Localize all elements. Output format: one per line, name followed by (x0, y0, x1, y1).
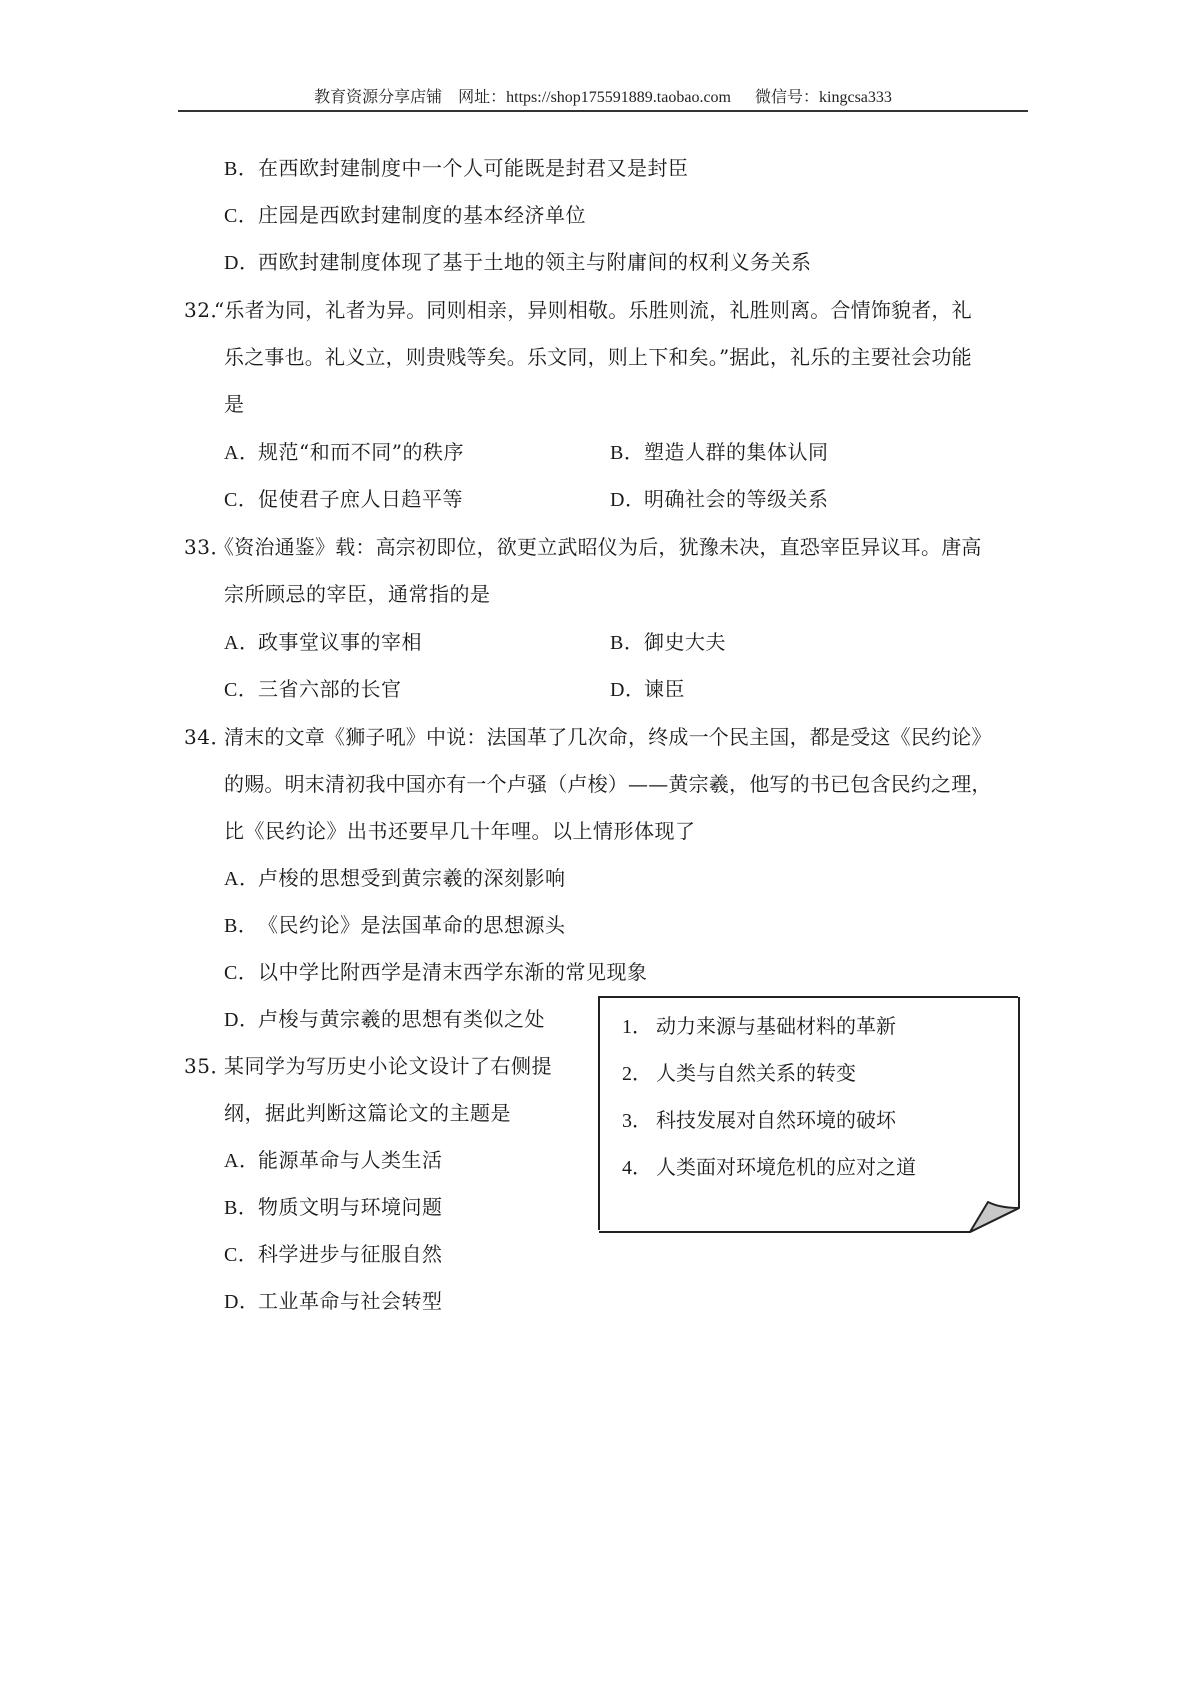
option-label: C． (224, 1243, 258, 1267)
q32-stem-line-1: “乐者为同，礼者为异。同则相亲，异则相敬。乐胜则流，礼胜则离。合情饰貌者，礼 (214, 298, 972, 322)
q31-option-d: D．西欧封建制度体现了基于土地的领主与附庸间的权利义务关系 (224, 250, 812, 275)
option-label: D． (224, 251, 258, 275)
option-label: B． (224, 914, 258, 938)
option-text: 西欧封建制度体现了基于土地的领主与附庸间的权利义务关系 (258, 250, 812, 274)
q35-option-c: C．科学进步与征服自然 (224, 1242, 443, 1267)
option-text: 谏臣 (644, 677, 685, 701)
q34-stem-line-2: 的赐。明末清初我中国亦有一个卢骚（卢梭）——黄宗羲，他写的书已包含民约之理， (224, 772, 992, 796)
q34-stem-line-1: 清末的文章《狮子吼》中说：法国革了几次命，终成一个民主国，都是受这《民约论》 (224, 725, 992, 749)
option-text: 卢梭的思想受到黄宗羲的深刻影响 (258, 866, 566, 890)
q33-option-d: D．谏臣 (610, 677, 685, 702)
q34-stem-line-3: 比《民约论》出书还要早几十年哩。以上情形体现了 (224, 819, 696, 843)
outline-note-box: 1．动力来源与基础材料的革新 2．人类与自然关系的转变 3．科技发展对自然环境的… (598, 996, 1018, 1230)
q32-option-b: B．塑造人群的集体认同 (610, 440, 829, 465)
q31-option-b: B．在西欧封建制度中一个人可能既是封君又是封臣 (224, 156, 689, 181)
wechat-label: 微信号： (755, 89, 819, 106)
option-label: A． (224, 1149, 258, 1173)
q33-stem-line-2: 宗所顾忌的宰臣，通常指的是 (224, 582, 491, 606)
wechat-id: kingcsa333 (819, 89, 892, 106)
outline-text: 人类面对环境危机的应对之道 (656, 1155, 916, 1179)
option-text: 卢梭与黄宗羲的思想有类似之处 (258, 1007, 545, 1031)
option-text: 工业革命与社会转型 (258, 1289, 443, 1313)
option-text: 能源革命与人类生活 (258, 1148, 443, 1172)
shop-url: https://shop175591889.taobao.com (506, 89, 731, 106)
q34-option-d: D．卢梭与黄宗羲的思想有类似之处 (224, 1007, 545, 1032)
option-text: 促使君子庶人日趋平等 (258, 487, 463, 511)
q35-option-d: D．工业革命与社会转型 (224, 1289, 443, 1314)
option-text: 庄园是西欧封建制度的基本经济单位 (258, 203, 586, 227)
outline-item-2: 2．人类与自然关系的转变 (622, 1061, 856, 1086)
option-text: 《民约论》是法国革命的思想源头 (258, 913, 566, 937)
q33-stem-line-1: 《资治通鉴》载：高宗初即位，欲更立武昭仪为后，犹豫未决，直恐宰臣异议耳。唐高 (214, 535, 982, 559)
page-header: 教育资源分享店铺 网址：https://shop175591889.taobao… (178, 84, 1028, 107)
option-label: C． (224, 961, 258, 985)
option-text: 明确社会的等级关系 (644, 487, 829, 511)
option-label: B． (224, 157, 258, 181)
shop-name: 教育资源分享店铺 (314, 89, 442, 106)
q32-stem-line-2: 乐之事也。礼义立，则贵贱等矣。乐文同，则上下和矣。”据此，礼乐的主要社会功能 (224, 345, 972, 369)
q32-option-d: D．明确社会的等级关系 (610, 487, 829, 512)
q33-option-a: A．政事堂议事的宰相 (224, 630, 422, 655)
outline-number: 3． (622, 1109, 656, 1133)
option-label: B． (610, 441, 644, 465)
option-text: 以中学比附西学是清末西学东渐的常见现象 (258, 960, 648, 984)
q33-option-b: B．御史大夫 (610, 630, 726, 655)
header-divider (178, 110, 1028, 112)
option-label: C． (224, 488, 258, 512)
option-text: 在西欧封建制度中一个人可能既是封君又是封臣 (258, 156, 689, 180)
option-label: D． (224, 1290, 258, 1314)
outline-text: 科技发展对自然环境的破坏 (656, 1108, 896, 1132)
q35-stem-line-1: 某同学为写历史小论文设计了右侧提 (224, 1054, 552, 1078)
q33-option-c: C．三省六部的长官 (224, 677, 402, 702)
url-label: 网址： (458, 89, 506, 106)
outline-item-1: 1．动力来源与基础材料的革新 (622, 1014, 896, 1039)
q32-stem-line-3: 是 (224, 392, 245, 416)
q35-option-a: A．能源革命与人类生活 (224, 1148, 443, 1173)
outline-item-4: 4．人类面对环境危机的应对之道 (622, 1155, 916, 1180)
option-label: B． (224, 1196, 258, 1220)
q32-option-c: C．促使君子庶人日趋平等 (224, 487, 463, 512)
option-text: 三省六部的长官 (258, 677, 402, 701)
option-label: D． (610, 488, 644, 512)
q34-option-b: B．《民约论》是法国革命的思想源头 (224, 913, 566, 938)
outline-text: 动力来源与基础材料的革新 (656, 1014, 896, 1038)
q35-option-b: B．物质文明与环境问题 (224, 1195, 443, 1220)
option-label: C． (224, 204, 258, 228)
q32-option-a: A．规范“和而不同”的秩序 (224, 440, 464, 465)
option-text: 规范“和而不同”的秩序 (258, 440, 464, 464)
option-text: 政事堂议事的宰相 (258, 630, 422, 654)
option-label: D． (610, 678, 644, 702)
option-text: 御史大夫 (644, 630, 726, 654)
option-text: 物质文明与环境问题 (258, 1195, 443, 1219)
outline-item-3: 3．科技发展对自然环境的破坏 (622, 1108, 896, 1133)
option-label: D． (224, 1008, 258, 1032)
outline-number: 2． (622, 1062, 656, 1086)
option-label: A． (224, 441, 258, 465)
outline-text: 人类与自然关系的转变 (656, 1061, 856, 1085)
option-label: C． (224, 678, 258, 702)
option-label: A． (224, 631, 258, 655)
outline-number: 4． (622, 1156, 656, 1180)
q34-option-c: C．以中学比附西学是清末西学东渐的常见现象 (224, 960, 648, 985)
option-text: 塑造人群的集体认同 (644, 440, 829, 464)
q34-option-a: A．卢梭的思想受到黄宗羲的深刻影响 (224, 866, 566, 891)
q35-stem-line-2: 纲，据此判断这篇论文的主题是 (224, 1101, 511, 1125)
q31-option-c: C．庄园是西欧封建制度的基本经济单位 (224, 203, 586, 228)
option-label: B． (610, 631, 644, 655)
outline-number: 1． (622, 1015, 656, 1039)
option-text: 科学进步与征服自然 (258, 1242, 443, 1266)
option-label: A． (224, 867, 258, 891)
